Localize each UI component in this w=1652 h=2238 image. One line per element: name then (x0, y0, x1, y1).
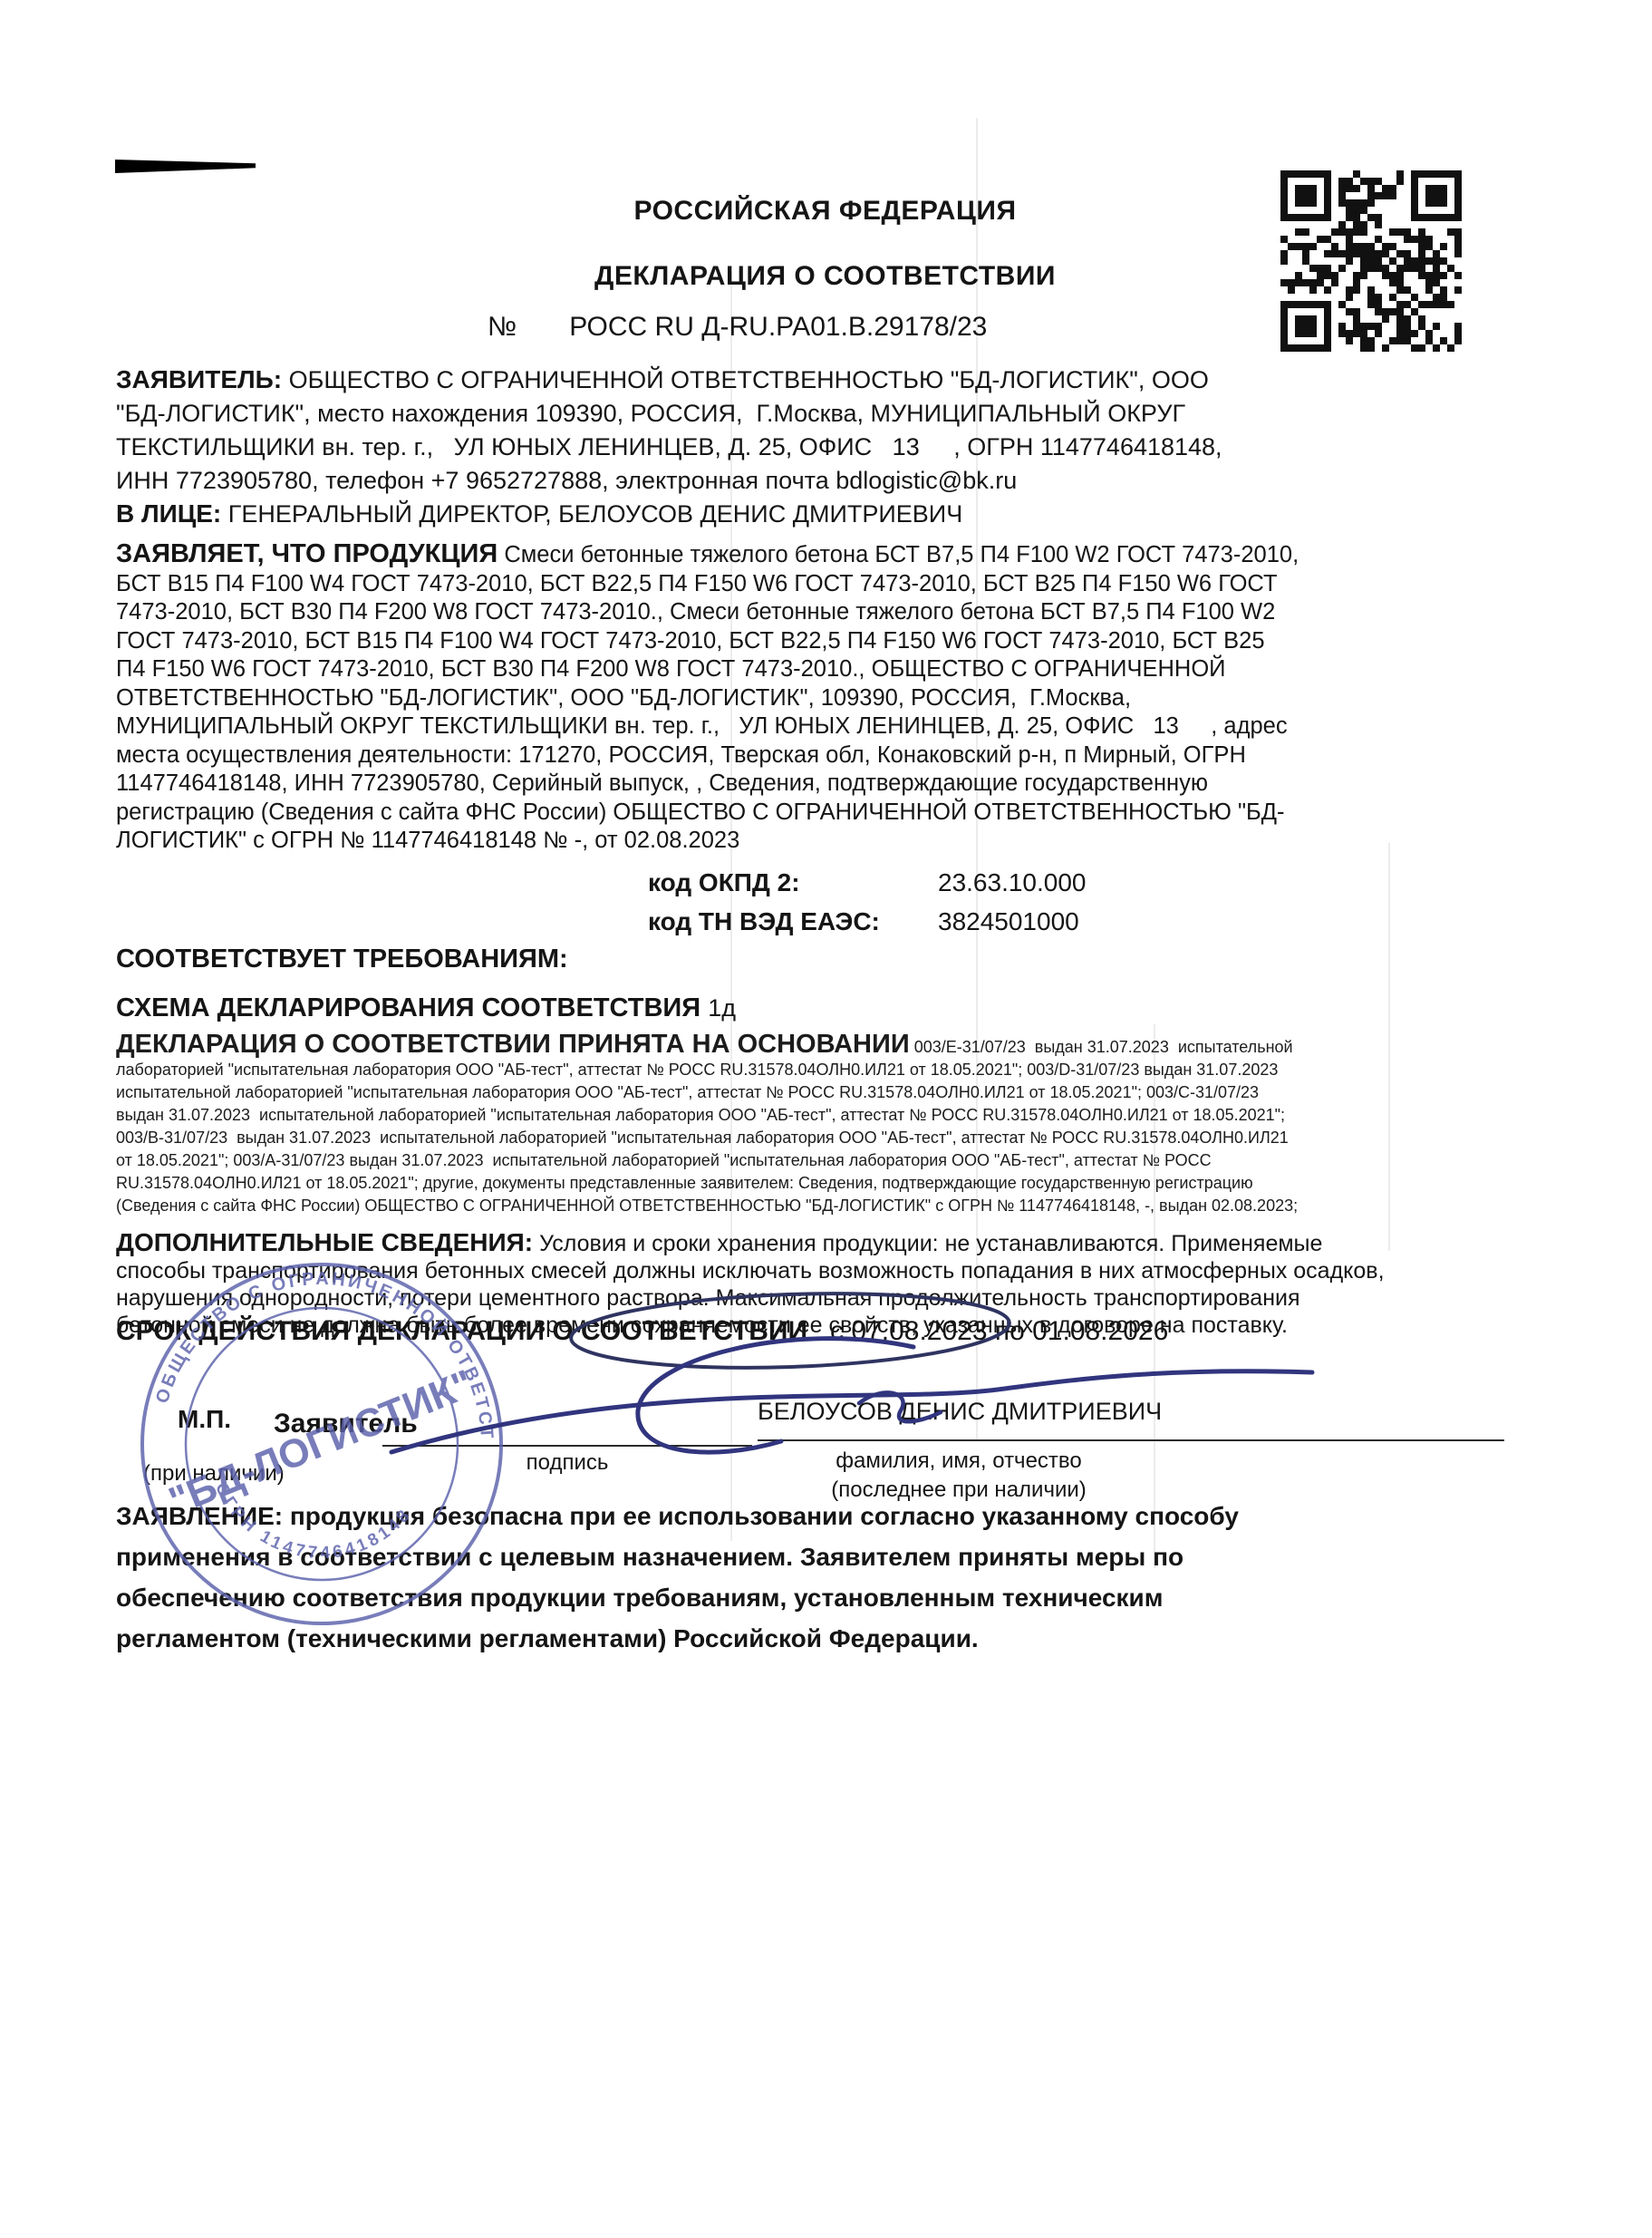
scheme-label: СХЕМА ДЕКЛАРИРОВАНИЯ СООТВЕТСТВИЯ (116, 993, 700, 1022)
signature-stroke (638, 1339, 913, 1453)
signer-name: БЕЛОУСОВ ДЕНИС ДМИТРИЕВИЧ (758, 1398, 1162, 1426)
okpd-code-label: код ОКПД 2: (648, 868, 938, 897)
product-text: Смеси бетонные тяжелого бетона БСТ В7,5 … (116, 542, 1299, 853)
scheme-value: 1д (708, 994, 736, 1022)
company-stamp: ОБЩЕСТВО С ОГРАНИЧЕННОЙ ОТВЕТСТВЕННОСТЬЮ… (127, 1249, 517, 1639)
in-person-line: В ЛИЦЕ: ГЕНЕРАЛЬНЫЙ ДИРЕКТОР, БЕЛОУСОВ Д… (116, 497, 1534, 531)
okpd-code-row: код ОКПД 2: 23.63.10.000 (648, 868, 1652, 897)
basis-text: 003/E-31/07/23 выдан 31.07.2023 испытате… (116, 1038, 1298, 1215)
in-person-text: ГЕНЕРАЛЬНЫЙ ДИРЕКТОР, БЕЛОУСОВ ДЕНИС ДМИ… (228, 500, 962, 528)
tnved-code-value: 3824501000 (938, 907, 1079, 936)
scheme-line: СХЕМА ДЕКЛАРИРОВАНИЯ СООТВЕТСТВИЯ 1д (116, 993, 1534, 1023)
country-title: РОССИЙСКАЯ ФЕДЕРАЦИЯ (116, 196, 1534, 227)
conforms-heading: СООТВЕТСТВУЕТ ТРЕБОВАНИЯМ: (116, 945, 1534, 974)
declaration-number: РОСС RU Д-RU.РА01.В.29178/23 (569, 312, 987, 343)
document-page: РОССИЙСКАЯ ФЕДЕРАЦИЯ ДЕКЛАРАЦИЯ О СООТВЕ… (0, 0, 1652, 2238)
redaction-bar (115, 160, 256, 173)
applicant-text: ОБЩЕСТВО С ОГРАНИЧЕННОЙ ОТВЕТСТВЕННОСТЬЮ… (116, 366, 1222, 494)
declaration-number-line: № РОСС RU Д-RU.РА01.В.29178/23 (116, 312, 1652, 343)
number-sign: № (488, 312, 517, 343)
okpd-code-value: 23.63.10.000 (938, 868, 1087, 897)
document-title: ДЕКЛАРАЦИЯ О СООТВЕТСТВИИ (116, 261, 1534, 292)
in-person-label: В ЛИЦЕ: (116, 499, 221, 528)
basis-label: ДЕКЛАРАЦИЯ О СООТВЕТСТВИИ ПРИНЯТА НА ОСН… (116, 1030, 910, 1059)
basis-paragraph: ДЕКЛАРАЦИЯ О СООТВЕТСТВИИ ПРИНЯТА НА ОСН… (116, 1033, 1566, 1217)
tnved-code-label: код ТН ВЭД ЕАЭС: (648, 907, 938, 936)
product-label: ЗАЯВЛЯЕТ, ЧТО ПРОДУКЦИЯ (116, 539, 498, 568)
validity-value: с 07.08.2023 по 01.08.2026 (830, 1316, 1168, 1346)
applicant-paragraph: ЗАЯВИТЕЛЬ: ОБЩЕСТВО С ОГРАНИЧЕННОЙ ОТВЕТ… (116, 363, 1534, 498)
name-caption-1: фамилия, имя, отчество (759, 1448, 1158, 1474)
applicant-label: ЗАЯВИТЕЛЬ: (116, 365, 282, 393)
stamp-center-text: "БД-ЛОГИСТИК" (163, 1361, 479, 1524)
tnved-code-row: код ТН ВЭД ЕАЭС: 3824501000 (648, 907, 1652, 936)
product-paragraph: ЗАЯВЛЯЕТ, ЧТО ПРОДУКЦИЯ Смеси бетонные т… (116, 540, 1534, 856)
name-underline (758, 1439, 1504, 1441)
